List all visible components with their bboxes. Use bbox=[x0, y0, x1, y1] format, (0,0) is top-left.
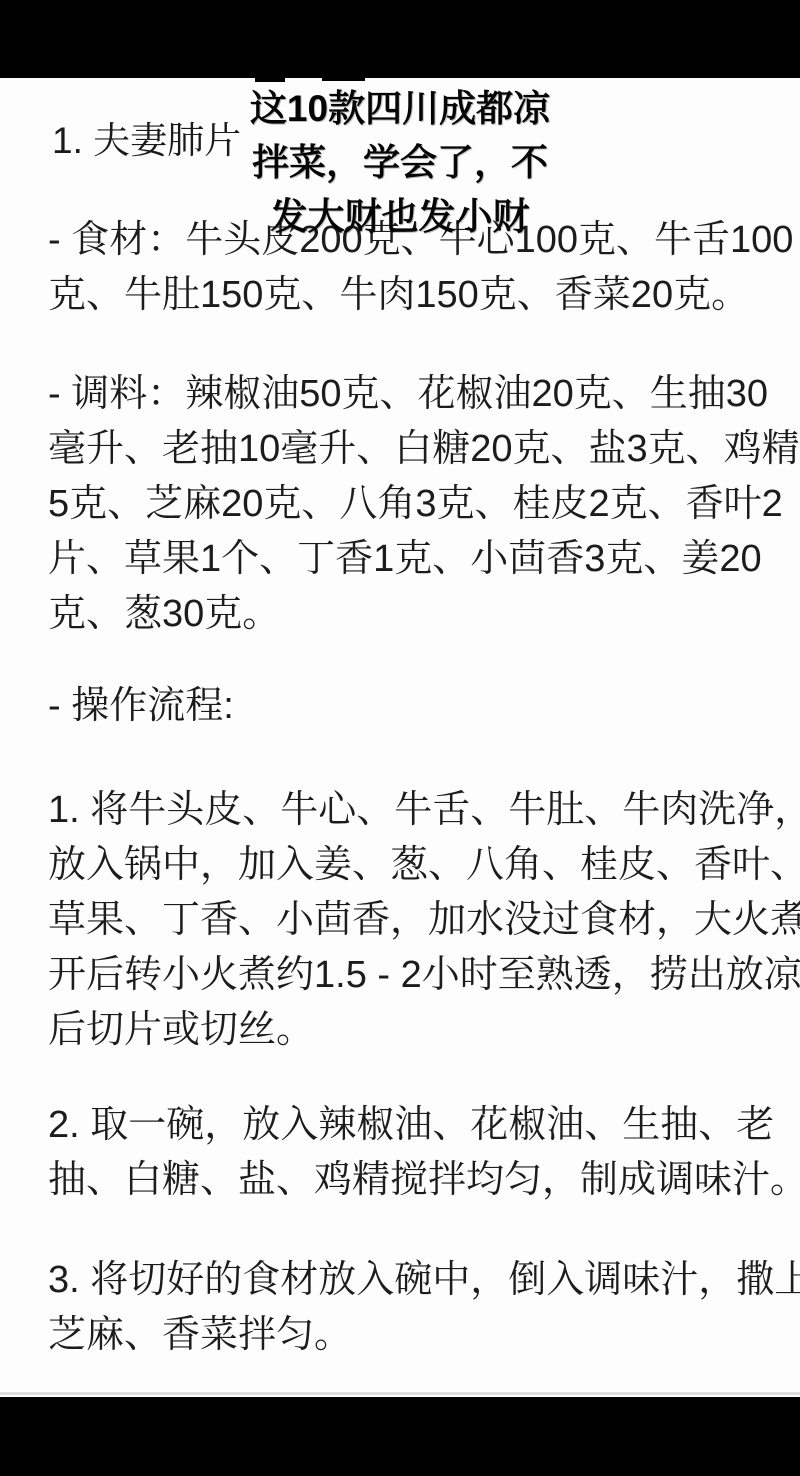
seasoning-line: 毫升、老抽10毫升、白糖20克、盐3克、鸡精 bbox=[48, 422, 788, 477]
step-line: 后切片或切丝。 bbox=[48, 1003, 788, 1058]
ingredients-line: 克、牛肚150克、牛肉150克、香菜20克。 bbox=[48, 268, 788, 323]
step-line: 放入锅中，加入姜、葱、八角、桂皮、香叶、 bbox=[48, 838, 788, 893]
seasoning-paragraph: - 调料：辣椒油50克、花椒油20克、生抽30 毫升、老抽10毫升、白糖20克、… bbox=[48, 367, 788, 642]
step-line: 开后转小火煮约1.5 - 2小时至熟透，捞出放凉 bbox=[48, 948, 788, 1003]
step-3-paragraph: 3. 将切好的食材放入碗中，倒入调味汁，撒上 芝麻、香菜拌匀。 bbox=[48, 1253, 788, 1363]
poster-title-line: 发大财也发小财 bbox=[230, 190, 570, 244]
poster-title-line: 拌菜，学会了，不 bbox=[230, 136, 570, 190]
recipe-page: 1. 夫妻肺片 这10款四川成都凉 拌菜，学会了，不 发大财也发小财 - 食材：… bbox=[0, 0, 800, 1476]
bottom-divider-line bbox=[0, 1392, 800, 1395]
dish-number-heading: 1. 夫妻肺片 bbox=[52, 113, 241, 168]
step-line: 2. 取一碗，放入辣椒油、花椒油、生抽、老 bbox=[48, 1098, 788, 1153]
seasoning-line: 克、葱30克。 bbox=[48, 587, 788, 642]
cropped-text-artifact bbox=[322, 78, 365, 81]
top-letterbox-bar bbox=[0, 0, 800, 78]
process-label-line: - 操作流程: bbox=[48, 679, 788, 734]
bottom-letterbox-bar bbox=[0, 1397, 800, 1476]
step-line: 草果、丁香、小茴香，加水没过食材，大火煮 bbox=[48, 893, 788, 948]
seasoning-line: 5克、芝麻20克、八角3克、桂皮2克、香叶2 bbox=[48, 477, 788, 532]
seasoning-line: - 调料：辣椒油50克、花椒油20克、生抽30 bbox=[48, 367, 788, 422]
step-line: 芝麻、香菜拌匀。 bbox=[48, 1308, 788, 1363]
process-section-label: - 操作流程: bbox=[48, 679, 788, 734]
step-line: 1. 将牛头皮、牛心、牛舌、牛肚、牛肉洗净， bbox=[48, 783, 788, 838]
poster-title: 这10款四川成都凉 拌菜，学会了，不 发大财也发小财 bbox=[230, 82, 570, 244]
step-2-paragraph: 2. 取一碗，放入辣椒油、花椒油、生抽、老 抽、白糖、盐、鸡精搅拌均匀，制成调味… bbox=[48, 1098, 788, 1208]
poster-title-line: 这10款四川成都凉 bbox=[230, 82, 570, 136]
step-line: 抽、白糖、盐、鸡精搅拌均匀，制成调味汁。 bbox=[48, 1153, 788, 1208]
seasoning-line: 片、草果1个、丁香1克、小茴香3克、姜20 bbox=[48, 532, 788, 587]
step-line: 3. 将切好的食材放入碗中，倒入调味汁，撒上 bbox=[48, 1253, 788, 1308]
step-1-paragraph: 1. 将牛头皮、牛心、牛舌、牛肚、牛肉洗净， 放入锅中，加入姜、葱、八角、桂皮、… bbox=[48, 783, 788, 1058]
